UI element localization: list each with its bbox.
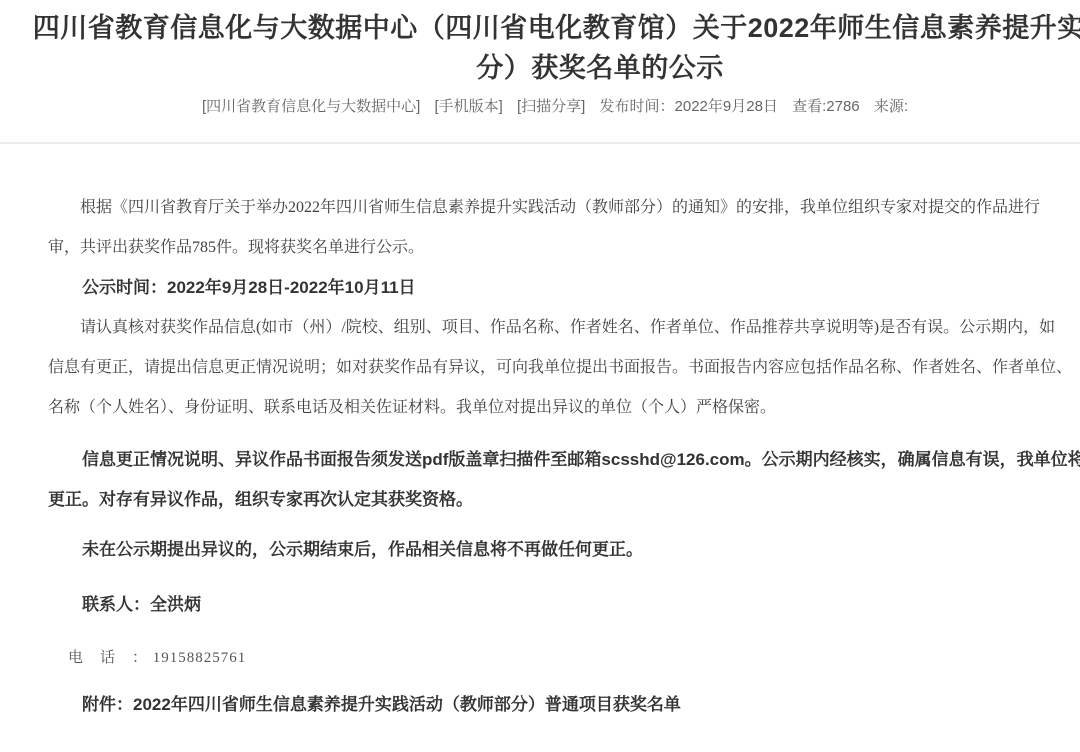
paragraph-line: 名称（个人姓名）、身份证明、联系电话及相关佐证材料。我单位对提出异议的单位（个人…	[48, 388, 1080, 428]
paragraph-verification: 请认真核对获奖作品信息(如市（州）/院校、组别、项目、作品名称、作者姓名、作者单…	[48, 308, 1080, 428]
mobile-version-link[interactable]: [手机版本]	[435, 98, 503, 115]
paragraph-line: 更正。对存有异议作品，组织专家再次认定其获奖资格。	[48, 480, 1080, 520]
paragraph-line: 根据《四川省教育厅关于举办2022年四川省师生信息素养提升实践活动（教师部分）的…	[48, 188, 1080, 228]
contact-phone-text: 电 话 ： 19158825761	[68, 638, 1080, 678]
page-title-line-1: 四川省教育信息化与大数据中心（四川省电化教育馆）关于2022年师生信息素养提升实…	[0, 8, 1080, 48]
paragraph-deadline: 未在公示期提出异议的，公示期结束后，作品相关信息将不再做任何更正。	[48, 530, 1080, 570]
page-title: 四川省教育信息化与大数据中心（四川省电化教育馆）关于2022年师生信息素养提升实…	[0, 8, 1080, 88]
paragraph-line: 审，共评出获奖作品785件。现将获奖名单进行公示。	[48, 228, 1080, 268]
scan-share-link[interactable]: [扫描分享]	[517, 98, 585, 115]
contact-person-text: 联系人：全洪炳	[48, 585, 1080, 625]
view-count: 查看:2786	[792, 98, 860, 115]
page-title-line-2: 分）获奖名单的公示	[0, 48, 1080, 88]
site-name-link[interactable]: [四川省教育信息化与大数据中心]	[202, 98, 420, 115]
article-body: 根据《四川省教育厅关于举办2022年四川省师生信息素养提升实践活动（教师部分）的…	[0, 188, 1080, 725]
attachment-text: 附件：2022年四川省师生信息素养提升实践活动（教师部分）普通项目获奖名单	[48, 685, 1080, 725]
paragraph-correction: 信息更正情况说明、异议作品书面报告须发送pdf版盖章扫描件至邮箱scsshd@1…	[48, 440, 1080, 520]
paragraph-line: 信息更正情况说明、异议作品书面报告须发送pdf版盖章扫描件至邮箱scsshd@1…	[48, 440, 1080, 480]
publicity-period-text: 公示时间：2022年9月28日-2022年10月11日	[48, 268, 1080, 308]
page-container: 四川省教育信息化与大数据中心（四川省电化教育馆）关于2022年师生信息素养提升实…	[0, 8, 1080, 725]
source-label: 来源:	[874, 98, 908, 115]
paragraph-line: 未在公示期提出异议的，公示期结束后，作品相关信息将不再做任何更正。	[48, 530, 1080, 570]
article-meta-bar: [四川省教育信息化与大数据中心] [手机版本] [扫描分享] 发布时间：2022…	[0, 94, 1080, 120]
header-divider	[0, 142, 1080, 144]
publicity-period: 公示时间：2022年9月28日-2022年10月11日	[48, 268, 1080, 308]
attachment-line: 附件：2022年四川省师生信息素养提升实践活动（教师部分）普通项目获奖名单	[48, 685, 1080, 725]
paragraph-basis: 根据《四川省教育厅关于举办2022年四川省师生信息素养提升实践活动（教师部分）的…	[48, 188, 1080, 268]
contact-phone: 电 话 ： 19158825761	[68, 638, 1080, 678]
contact-person: 联系人：全洪炳	[48, 585, 1080, 625]
paragraph-line: 请认真核对获奖作品信息(如市（州）/院校、组别、项目、作品名称、作者姓名、作者单…	[48, 308, 1080, 348]
article-page: 四川省教育信息化与大数据中心（四川省电化教育馆）关于2022年师生信息素养提升实…	[0, 0, 1080, 752]
publish-time: 发布时间：2022年9月28日	[600, 98, 778, 115]
paragraph-line: 信息有更正，请提出信息更正情况说明；如对获奖作品有异议，可向我单位提出书面报告。…	[48, 348, 1080, 388]
